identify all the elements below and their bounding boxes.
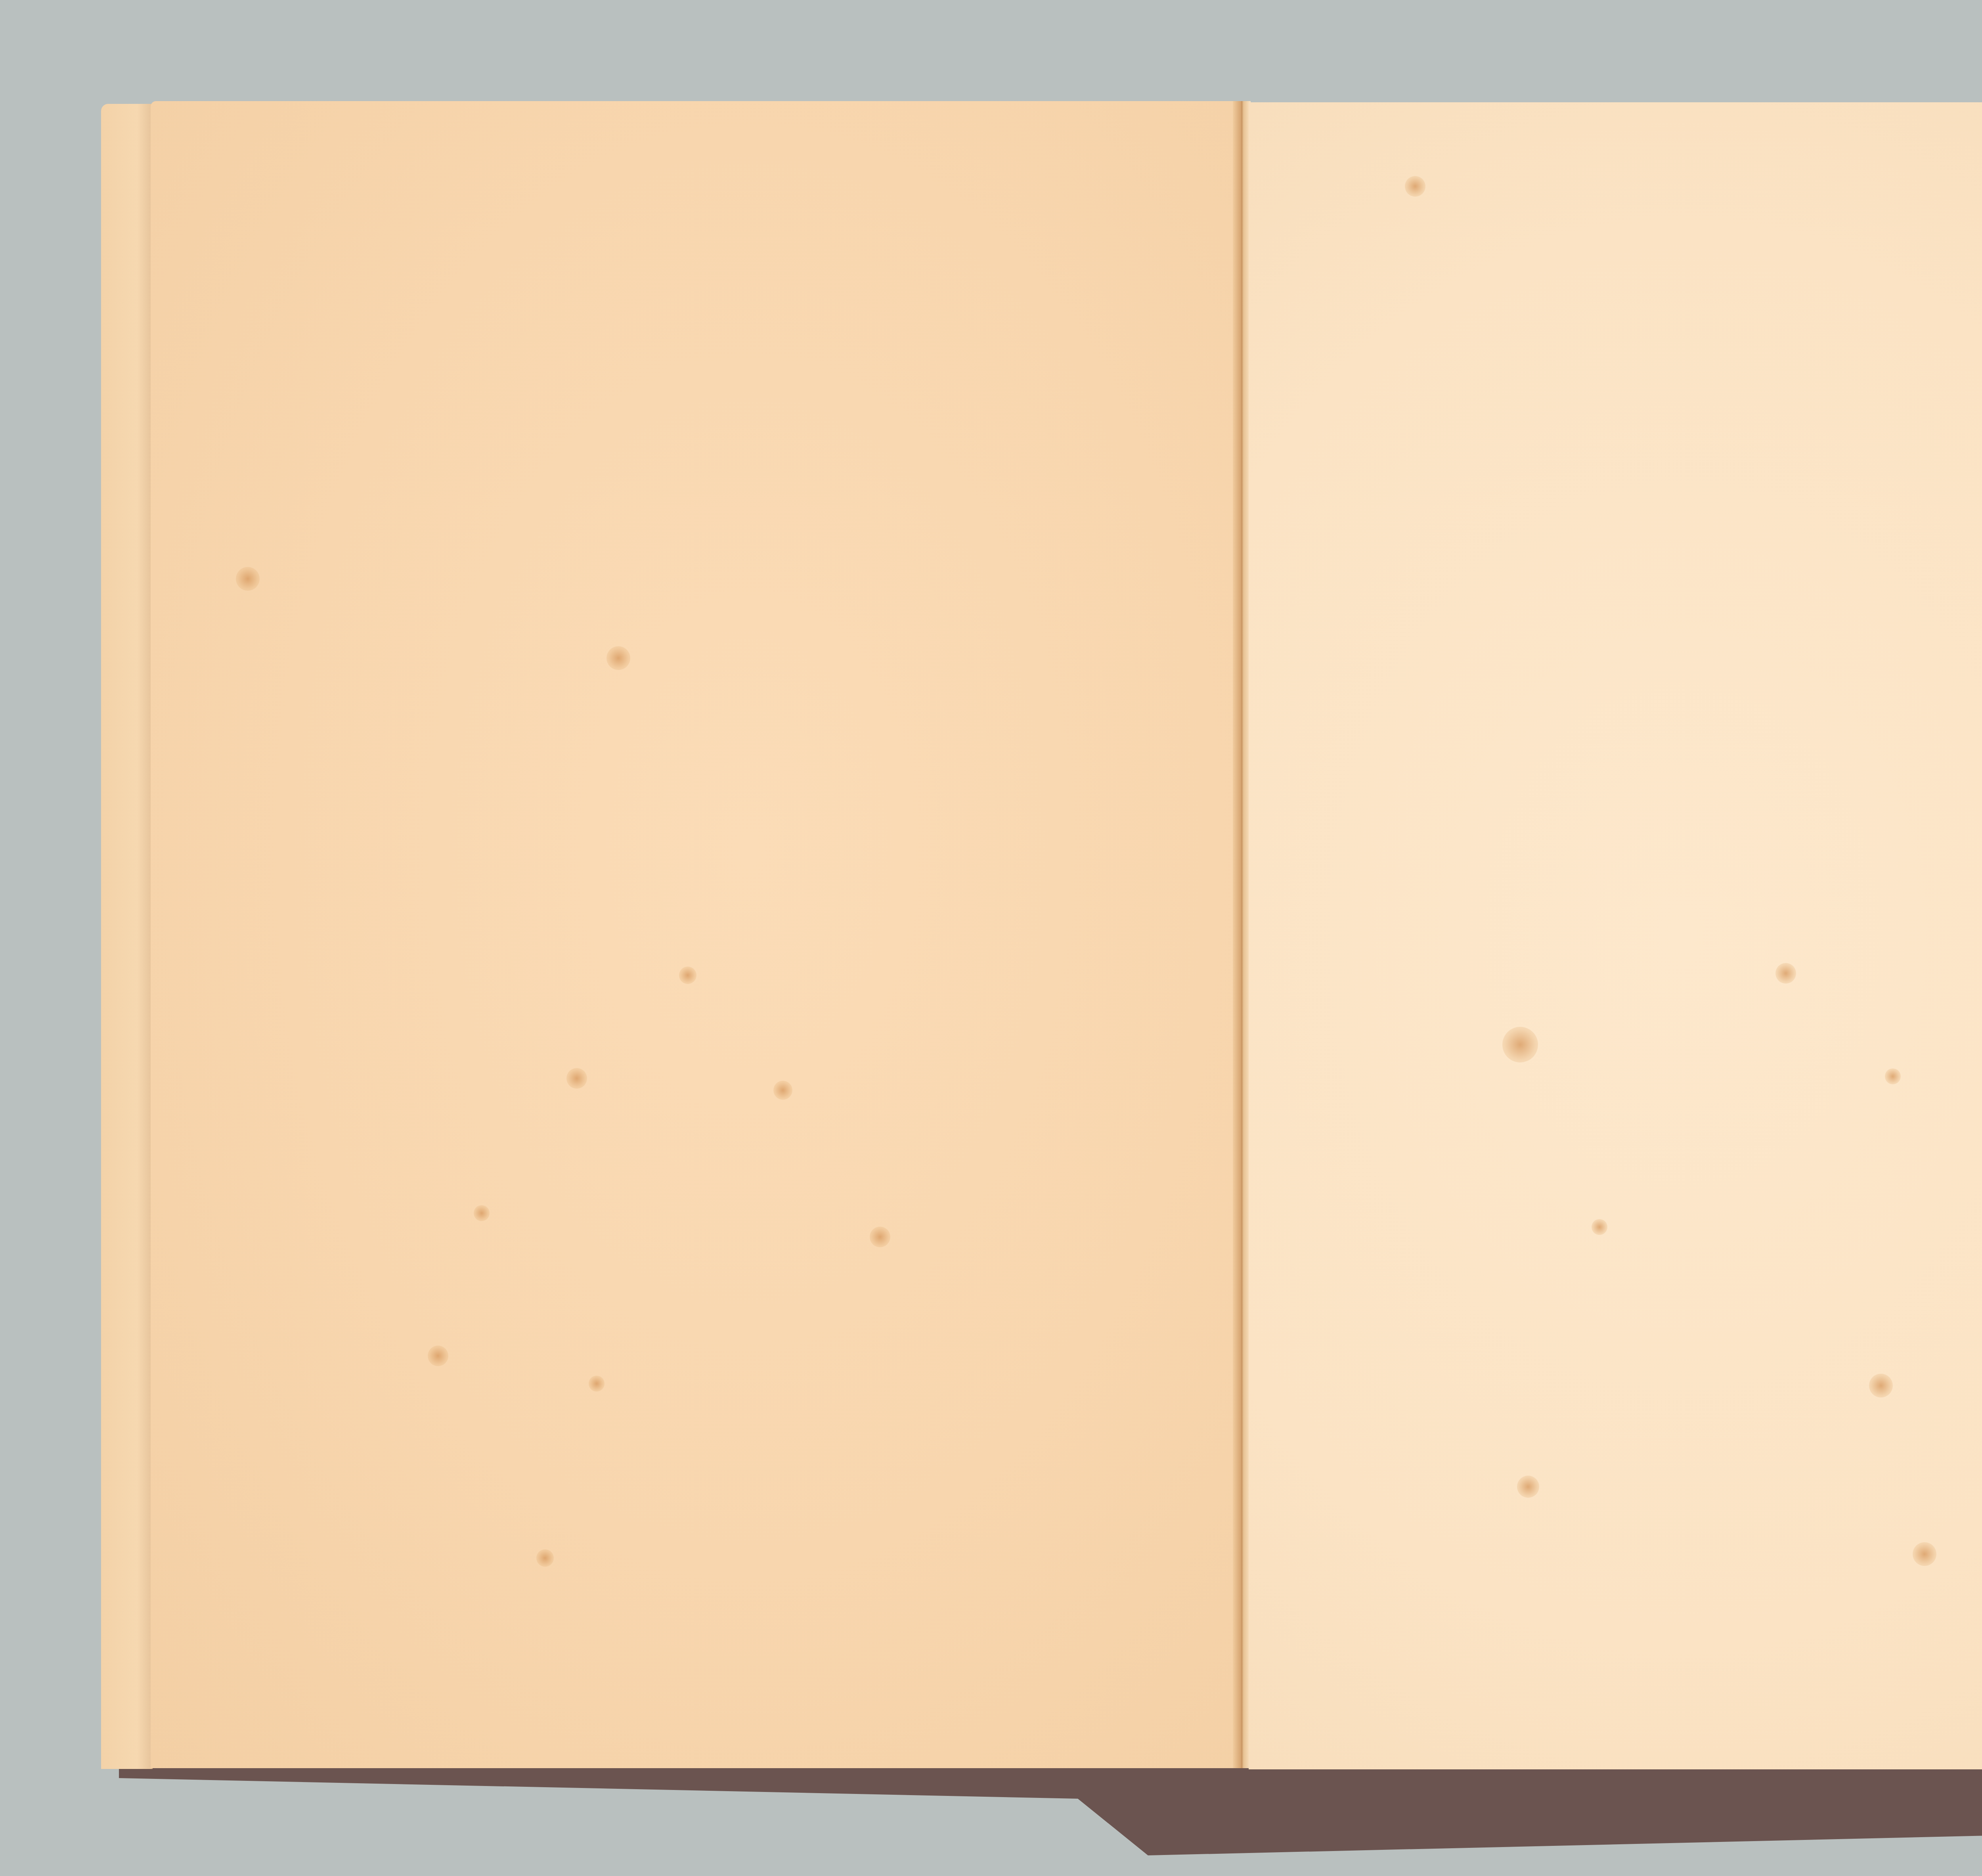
foxing-spot	[1885, 1068, 1901, 1084]
foxing-spot	[1869, 1374, 1893, 1397]
front-cover-flap	[101, 104, 153, 1769]
foxing-spot	[566, 1068, 587, 1089]
open-book	[0, 0, 1982, 1876]
foxing-spot	[1592, 1219, 1607, 1235]
foxing-spot	[1775, 963, 1796, 984]
foxing-spot	[536, 1549, 554, 1567]
foxing-spot	[773, 1081, 792, 1100]
foxing-spot	[1913, 1542, 1936, 1566]
right-page	[1249, 102, 1982, 1769]
foxing-spot	[474, 1205, 490, 1221]
foxing-spot	[589, 1376, 605, 1392]
foxing-spot	[1405, 176, 1425, 197]
foxing-spot	[236, 567, 260, 591]
foxing-spot	[679, 967, 696, 984]
foxing-spot	[428, 1346, 448, 1366]
foxing-spot	[1517, 1476, 1539, 1498]
spine-gutter	[1233, 101, 1251, 1768]
foxing-spot	[606, 646, 630, 670]
foxing-spot	[870, 1227, 890, 1247]
left-page	[151, 101, 1239, 1768]
foxing-spot	[1502, 1027, 1538, 1062]
